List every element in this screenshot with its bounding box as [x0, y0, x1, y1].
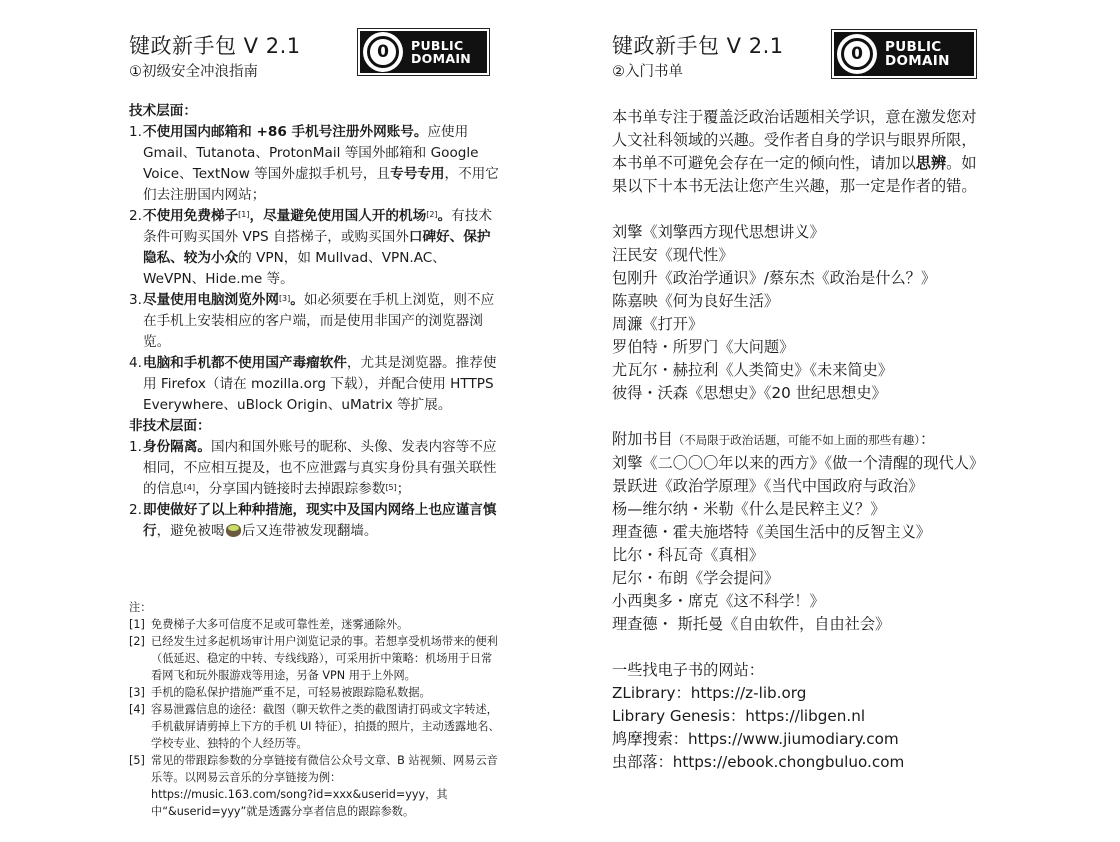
- page-safety-guide: 键政新手包 V 2.1 ①初级安全冲浪指南 0 PUBLIC DOMAIN 技术…: [129, 0, 499, 90]
- book-item: 汪民安《现代性》: [612, 244, 987, 267]
- non-technical-item-1: 1. 身份隔离。国内和国外账号的昵称、头像、发表内容等不应相同，不应相互提及，也…: [129, 437, 501, 500]
- page-title: 键政新手包 V 2.1: [612, 30, 784, 60]
- public-domain-zero-icon: 0: [363, 32, 403, 72]
- footnote-5: [5] 常见的带跟踪参数的分享链接有微信公众号文章、B 站视频、网易云音乐等。以…: [129, 752, 501, 820]
- technical-item-2: 2. 不使用免费梯子[1]，尽量避免使用国人开的机场[2]。有技术条件可购买国外…: [129, 206, 501, 290]
- book-item: 陈嘉映《何为良好生活》: [612, 290, 987, 313]
- technical-item-1: 1. 不使用国内邮箱和 +86 手机号注册外网账号。应使用 Gmail、Tuta…: [129, 122, 501, 206]
- public-domain-badge: 0 PUBLIC DOMAIN: [357, 28, 490, 76]
- footnote-3: [3] 手机的隐私保护措施严重不足，可轻易被跟踪隐私数据。: [129, 684, 501, 701]
- extra-book-list: 附加书目（不局限于政治话题，可能不如上面的那些有趣）： 刘擎《二〇〇〇年以来的西…: [612, 428, 987, 636]
- footnote-ref[interactable]: [4]: [184, 483, 195, 492]
- book-item: 尤瓦尔・赫拉利《人类简史》《未来简史》: [612, 359, 987, 382]
- intro-paragraph: 本书单专注于覆盖泛政治话题相关学识，意在激发您对人文社科领域的兴趣。受作者自身的…: [612, 106, 987, 198]
- footnote-ref[interactable]: [3]: [279, 294, 290, 303]
- ebook-sites-heading: 一些找电子书的网站：: [612, 659, 987, 682]
- ebook-site-link[interactable]: https://libgen.nl: [745, 707, 865, 725]
- book-item: 景跃进《政治学原理》《当代中国政府与政治》: [612, 475, 987, 498]
- ebook-site-link[interactable]: https://z-lib.org: [691, 684, 807, 702]
- ebook-site-link[interactable]: https://www.jiumodiary.com: [688, 730, 899, 748]
- footnotes-heading: 注：: [129, 599, 501, 616]
- footnotes: 注： [1] 免费梯子大多可信度不足或可靠性差，迷雾通除外。 [2] 已经发生过…: [129, 599, 501, 820]
- ebook-site-item: ZLibrary：https://z-lib.org: [612, 682, 987, 705]
- book-item: 彼得・沃森《思想史》《20 世纪思想史》: [612, 382, 987, 405]
- book-item: 理查德・霍夫施塔特《美国生活中的反智主义》: [612, 521, 987, 544]
- footnote-ref[interactable]: [5]: [385, 483, 396, 492]
- footnote-4: [4] 容易泄露信息的途径：截图（聊天软件之类的截图请打码或文字转述，手机截屏请…: [129, 701, 501, 752]
- footnote-1: [1] 免费梯子大多可信度不足或可靠性差，迷雾通除外。: [129, 616, 501, 633]
- extra-heading: 附加书目（不局限于政治话题，可能不如上面的那些有趣）：: [612, 428, 987, 452]
- ebook-site-item: Library Genesis：https://libgen.nl: [612, 705, 987, 728]
- book-item: 杨—维尔纳・米勒《什么是民粹主义？》: [612, 498, 987, 521]
- page-subtitle: ①初级安全冲浪指南: [129, 60, 258, 81]
- book-item: 理查德・ 斯托曼《自由软件，自由社会》: [612, 613, 987, 636]
- page-subtitle: ②入门书单: [612, 60, 683, 81]
- book-item: 刘擎《刘擎西方现代思想讲义》: [612, 221, 987, 244]
- ebook-site-item: 虫部落：https://ebook.chongbuluo.com: [612, 751, 987, 774]
- book-item: 小西奥多・席克《这不科学！》: [612, 590, 987, 613]
- footnote-ref[interactable]: [1]: [238, 210, 249, 219]
- book-item: 刘擎《二〇〇〇年以来的西方》《做一个清醒的现代人》: [612, 452, 987, 475]
- tea-cup-icon: [226, 524, 241, 537]
- footnote-2: [2] 已经发生过多起机场审计用户浏览记录的事。若想享受机场带来的便利（低延迟、…: [129, 633, 501, 684]
- technical-item-4: 4. 电脑和手机都不使用国产毒瘤软件，尤其是浏览器。推荐使用 Firefox（请…: [129, 353, 501, 416]
- page-header: 键政新手包 V 2.1 ①初级安全冲浪指南 0 PUBLIC DOMAIN: [129, 0, 499, 90]
- technical-heading: 技术层面：: [129, 101, 501, 122]
- ebook-site-item: 鸠摩搜索：https://www.jiumodiary.com: [612, 728, 987, 751]
- non-technical-item-2: 2. 即使做好了以上种种措施，现实中及国内网络上也应谨言慎行，避免被喝后又连带被…: [129, 500, 501, 542]
- page-reading-list: 键政新手包 V 2.1 ②入门书单 0 PUBLIC DOMAIN 本书单专注于…: [612, 0, 982, 90]
- reading-list-body: 本书单专注于覆盖泛政治话题相关学识，意在激发您对人文社科领域的兴趣。受作者自身的…: [612, 106, 987, 797]
- page-title: 键政新手包 V 2.1: [129, 30, 301, 60]
- ebook-sites: 一些找电子书的网站： ZLibrary：https://z-lib.org Li…: [612, 659, 987, 774]
- book-item: 比尔・科瓦奇《真相》: [612, 544, 987, 567]
- public-domain-zero-icon: 0: [837, 34, 877, 74]
- public-domain-badge: 0 PUBLIC DOMAIN: [831, 29, 977, 79]
- page-header: 键政新手包 V 2.1 ②入门书单 0 PUBLIC DOMAIN: [612, 0, 982, 90]
- guide-body: 技术层面： 1. 不使用国内邮箱和 +86 手机号注册外网账号。应使用 Gmai…: [129, 101, 501, 542]
- ebook-site-link[interactable]: https://ebook.chongbuluo.com: [673, 753, 905, 771]
- main-book-list: 刘擎《刘擎西方现代思想讲义》 汪民安《现代性》 包刚升《政治学通识》/蔡东杰《政…: [612, 221, 987, 405]
- book-item: 罗伯特・所罗门《大问题》: [612, 336, 987, 359]
- non-technical-heading: 非技术层面：: [129, 416, 501, 437]
- badge-line-1: PUBLIC: [885, 40, 950, 54]
- book-item: 尼尔・布朗《学会提问》: [612, 567, 987, 590]
- book-item: 周濂《打开》: [612, 313, 987, 336]
- book-item: 包刚升《政治学通识》/蔡东杰《政治是什么？》: [612, 267, 987, 290]
- technical-item-3: 3. 尽量使用电脑浏览外网[3]。如必须要在手机上浏览，则不应在手机上安装相应的…: [129, 290, 501, 353]
- footnote-ref[interactable]: [2]: [426, 210, 437, 219]
- badge-line-2: DOMAIN: [885, 54, 950, 68]
- badge-line-2: DOMAIN: [411, 52, 471, 65]
